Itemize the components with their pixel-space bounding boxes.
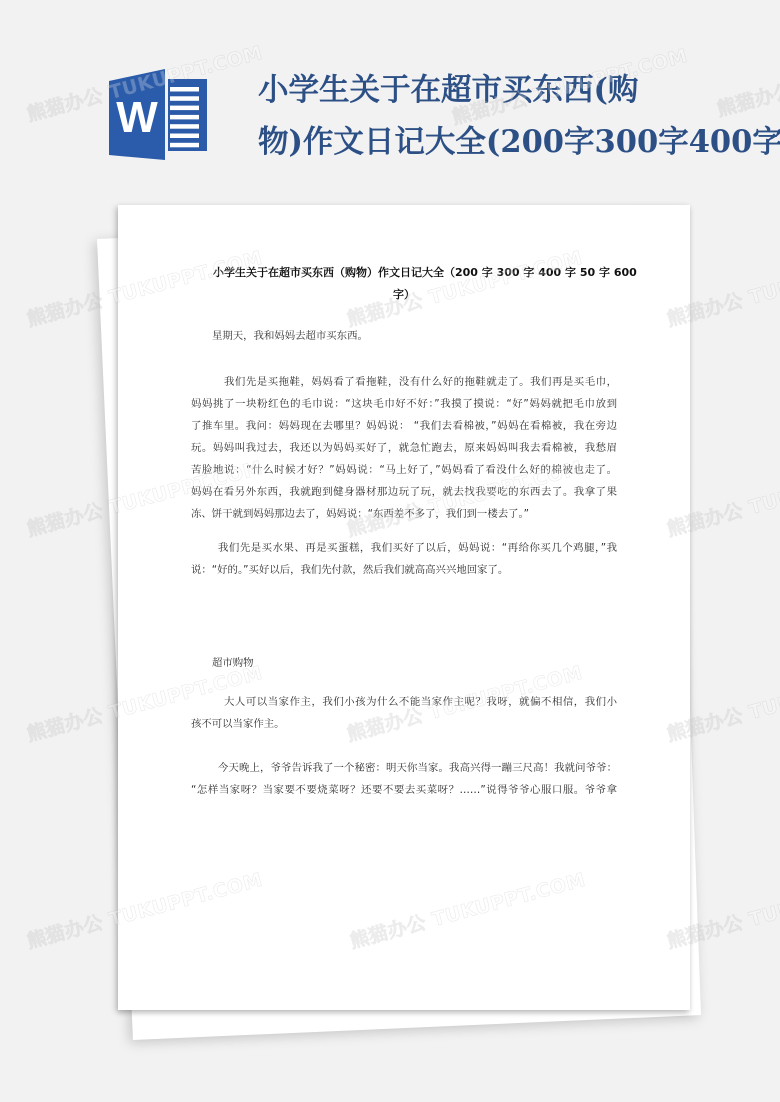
paragraph-line: “怎样当家呀？当家要不要烧菜呀？还要不要去买菜呀？……”说得爷爷心服口服。爷爷拿: [191, 779, 617, 801]
paragraph-line: 我们先是买水果、再是买蛋糕，我们买好了以后，妈妈说：“再给你买几个鸡腿，”我: [218, 537, 617, 559]
document-title-line-2: 字）: [118, 285, 690, 305]
paragraph-line: 我们先是买拖鞋，妈妈看了看拖鞋，没有什么好的拖鞋就走了。我们再是买毛巾，: [224, 371, 617, 393]
paragraph-line: 今天晚上，爷爷告诉我了一个秘密：明天你当家。我高兴得一蹦三尺高！我就问爷爷：: [218, 757, 617, 779]
document-title-line-1: 小学生关于在超市买东西（购物）作文日记大全（200 字 300 字 400 字 …: [213, 263, 615, 283]
paragraph-line: 孩不可以当家作主。: [191, 713, 617, 735]
paragraph-line: 妈妈挑了一块粉红色的毛巾说：“这块毛巾好不好：”我摸了摸说：“好”妈妈就把毛巾放…: [191, 393, 617, 415]
paragraph-line: 苦脸地说：“什么时候才好？”妈妈说：“马上好了，”妈妈看了看没什么好的棉被也走了…: [191, 459, 617, 481]
paragraph-line: 大人可以当家作主，我们小孩为什么不能当家作主呢？我呀，就偏不相信，我们小: [224, 691, 617, 713]
paragraph-line: 说：“好的。”买好以后，我们先付款，然后我们就高高兴兴地回家了。: [191, 559, 617, 581]
section-heading: 超市购物: [212, 652, 254, 674]
paragraph-line: 星期天，我和妈妈去超市买东西。: [212, 325, 368, 347]
paragraph-line: 玩。妈妈叫我过去，我还以为妈妈买好了，就急忙跑去，原来妈妈叫我去看棉被，我愁眉: [191, 437, 617, 459]
document-page: 小学生关于在超市买东西（购物）作文日记大全（200 字 300 字 400 字 …: [118, 205, 690, 1010]
paragraph-line: 了推车里。我问：妈妈现在去哪里？妈妈说： “我们去看棉被，”妈妈在看棉被，我在旁…: [191, 415, 617, 437]
paragraph-line: 妈妈在看另外东西，我就跑到健身器材那边玩了玩，就去找我要吃的东西去了。我拿了果: [191, 481, 617, 503]
document-preview: W 小学生关于在超市买东西(购 物)作文日记大全(200字300字400字50 …: [0, 0, 780, 1102]
paragraph-line: 冻、饼干就到妈妈那边去了，妈妈说：“东西差不多了，我们到一楼去了。”: [191, 503, 617, 525]
